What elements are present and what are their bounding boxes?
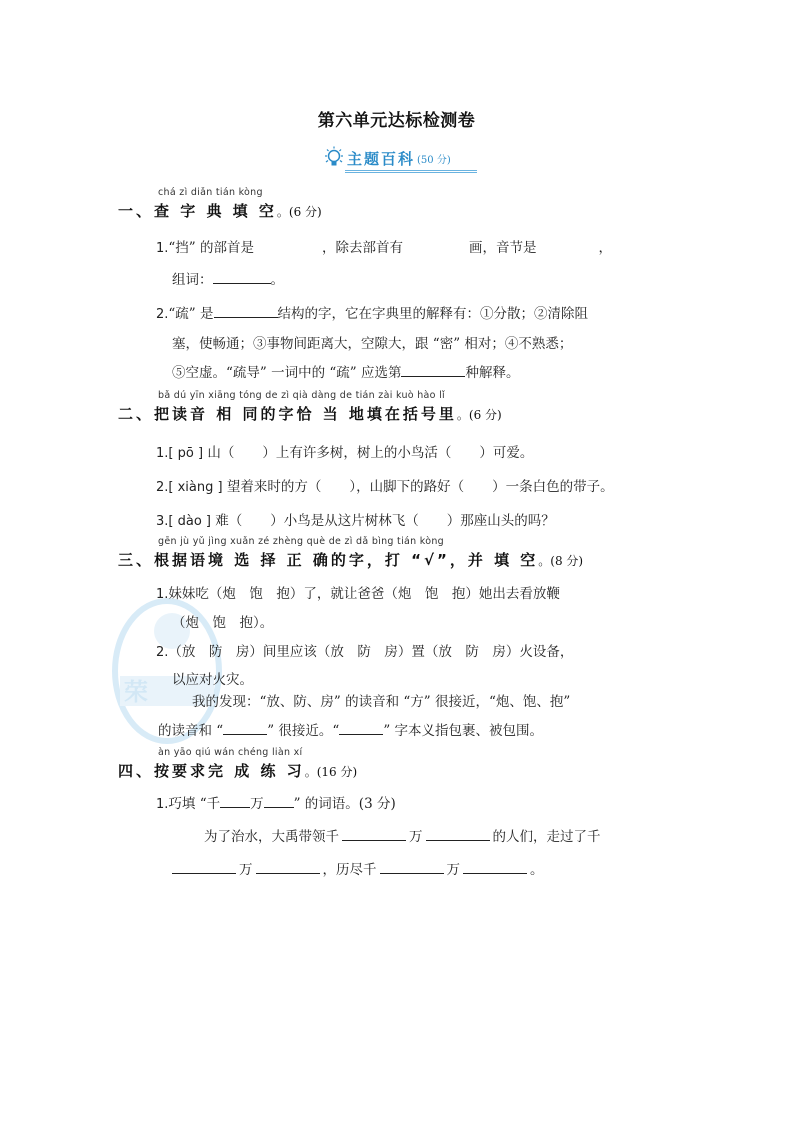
question-3-1[interactable]: 1.妹妹吃（炮 饱 抱）了，就让爸爸（炮 饱 抱）她出去看放鞭 xyxy=(156,582,560,602)
question-1-2: 2.“疏” 是结构的字，它在字典里的解释有：①分散；②清除阻 xyxy=(156,302,588,322)
question-4-1-text1: 为了治水，大禹带领千万的人们，走过了千 xyxy=(204,825,601,845)
theme-underline xyxy=(345,170,477,173)
section-4-heading: 四、按要求完 成 练 习。(16 分) xyxy=(118,760,357,781)
question-3-2[interactable]: 2.（放 防 房）间里应该（放 防 房）置（放 防 房）火设备， xyxy=(156,640,573,660)
section-1-pinyin: chá zì diǎn tián kòng xyxy=(158,187,263,198)
discovery-line1: 我的发现：“放、防、房” 的读音和 “方” 很接近，“炮、饱、抱” xyxy=(192,690,570,710)
answer-blank[interactable] xyxy=(426,826,490,841)
lightbulb-icon xyxy=(323,146,345,170)
question-1-1-line2: 组词：。 xyxy=(172,268,284,288)
answer-blank[interactable] xyxy=(342,826,406,841)
section-number: 一、 xyxy=(118,202,154,220)
theme-badge: 主题百科 (50 分) xyxy=(323,146,451,170)
discovery-line2: 的读音和 “” 很接近。“” 字本义指包裹、被包围。 xyxy=(158,719,543,739)
section-2-pinyin: bǎ dú yīn xiāng tóng de zì qià dàng de t… xyxy=(158,390,445,401)
question-2-3: 3.[ dào ] 难（）小鸟是从这片树林飞（）那座山头的吗？ xyxy=(156,509,555,529)
question-4-1: 1.巧填 “千万” 的词语。(3 分) xyxy=(156,792,396,812)
answer-blank[interactable] xyxy=(256,859,320,874)
answer-blank[interactable] xyxy=(213,269,271,284)
question-3-1-line2[interactable]: （炮 饱 抱）。 xyxy=(172,611,273,631)
page-title: 第六单元达标检测卷 xyxy=(0,106,793,131)
svg-text:荣: 荣 xyxy=(124,678,148,706)
section-title: 查 字 典 填 空 xyxy=(154,202,277,220)
theme-score: (50 分) xyxy=(417,151,451,166)
answer-blank[interactable] xyxy=(339,720,383,735)
section-3-heading: 三、根据语境 选 择 正 确的字，打 “√”，并 填 空。(8 分) xyxy=(118,549,583,570)
section-3-pinyin: gēn jù yǔ jìng xuǎn zé zhèng què de zì d… xyxy=(158,536,444,547)
answer-blank[interactable] xyxy=(401,362,465,377)
question-1-2-line2: 塞，使畅通；③事物间距离大，空隙大，跟 “密” 相对；④不熟悉； xyxy=(172,332,572,352)
question-2-2: 2.[ xiàng ] 望着来时的方（），山脚下的路好（）一条白色的带子。 xyxy=(156,475,614,495)
section-1-heading: 一、查 字 典 填 空。(6 分) xyxy=(118,200,322,221)
answer-blank[interactable] xyxy=(214,303,278,318)
prompt-blank xyxy=(264,793,294,808)
section-2-heading: 二、把读音 相 同的字恰 当 地填在括号里。(6 分) xyxy=(118,403,502,424)
section-points: 。(6 分) xyxy=(277,205,322,219)
question-1-1: 1.“挡” 的部首是，除去部首有画，音节是， xyxy=(156,236,612,256)
answer-blank[interactable] xyxy=(172,859,236,874)
answer-blank[interactable] xyxy=(223,720,267,735)
question-2-1: 1.[ pō ] 山（）上有许多树，树上的小鸟活（）可爱。 xyxy=(156,441,533,461)
answer-blank[interactable] xyxy=(380,859,444,874)
question-3-2-line2: 以应对火灾。 xyxy=(172,668,253,688)
theme-label: 主题百科 xyxy=(347,148,415,169)
question-4-1-text2: 万，历尽千万。 xyxy=(172,858,544,878)
question-1-2-line3: ⑤空虚。“疏导” 一词中的 “疏” 应选第种解释。 xyxy=(172,361,519,381)
answer-blank[interactable] xyxy=(463,859,527,874)
prompt-blank xyxy=(220,793,250,808)
section-4-pinyin: àn yāo qiú wán chéng liàn xí xyxy=(158,747,302,758)
